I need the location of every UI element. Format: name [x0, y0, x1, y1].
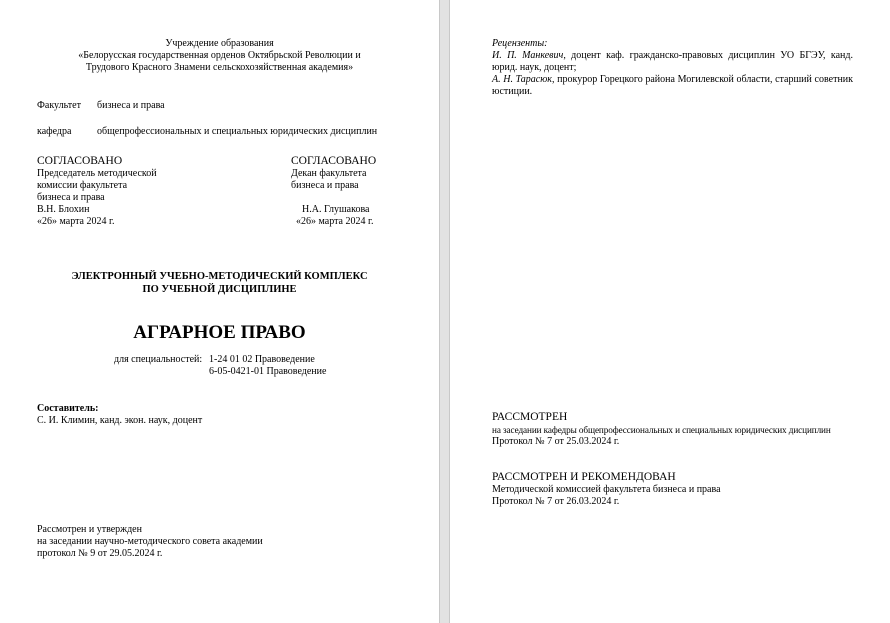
approval-right-line-1: Декан факультета — [291, 168, 366, 180]
reviewer-1-name: И. П. Манкевич — [492, 50, 563, 61]
recommended-line-2: Протокол № 7 от 26.03.2024 г. — [492, 496, 619, 508]
reviewer-2-name: А. Н. Тарасюк — [492, 74, 552, 85]
compiler-label: Составитель: — [37, 403, 98, 415]
faculty-value: бизнеса и права — [97, 100, 165, 112]
institution-line-1: Учреждение образования — [0, 38, 439, 50]
reviewer-2: А. Н. Тарасюк, прокурор Горецкого района… — [492, 74, 853, 98]
approval-right-heading: СОГЛАСОВАНО — [291, 155, 376, 167]
reviewer-1: И. П. Манкевич, доцент каф. гражданско-п… — [492, 50, 853, 74]
complex-title-line-2: ПО УЧЕБНОЙ ДИСЦИПЛИНЕ — [0, 284, 439, 296]
reviewed-heading: РАССМОТРЕН — [492, 411, 567, 423]
department-label: кафедра — [37, 126, 71, 138]
institution-line-2: «Белорусская государственная орденов Окт… — [0, 50, 439, 62]
document-page-left: Учреждение образования «Белорусская госу… — [0, 0, 439, 623]
reviewers-label: Рецензенты: — [492, 38, 547, 50]
approval-left-name: В.Н. Блохин — [37, 204, 89, 216]
approval-left-line-3: бизнеса и права — [37, 192, 105, 204]
approval-left-line-1: Председатель методической — [37, 168, 157, 180]
specialty-item-2: 6-05-0421-01 Правоведение — [209, 366, 326, 378]
recommended-line-1: Методической комиссией факультета бизнес… — [492, 484, 721, 496]
reviewed-line-2: Протокол № 7 от 25.03.2024 г. — [492, 436, 619, 448]
approval-right-date: «26» марта 2024 г. — [296, 216, 373, 228]
approved-line-3: протокол № 9 от 29.05.2024 г. — [37, 548, 162, 560]
approval-right-line-2: бизнеса и права — [291, 180, 359, 192]
specialties-label: для специальностей: — [114, 354, 202, 366]
institution-line-3: Трудового Красного Знамени сельскохозяйс… — [0, 62, 439, 74]
complex-title-line-1: ЭЛЕКТРОННЫЙ УЧЕБНО-МЕТОДИЧЕСКИЙ КОМПЛЕКС — [0, 271, 439, 283]
page-separator — [439, 0, 450, 623]
approved-line-2: на заседании научно-методического совета… — [37, 536, 263, 548]
specialty-item-1: 1-24 01 02 Правоведение — [209, 354, 315, 366]
faculty-label: Факультет — [37, 100, 81, 112]
approved-line-1: Рассмотрен и утвержден — [37, 524, 142, 536]
compiler-value: С. И. Климин, канд. экон. наук, доцент — [37, 415, 202, 427]
reviewed-line-1: на заседании кафедры общепрофессиональны… — [492, 424, 831, 436]
approval-left-date: «26» марта 2024 г. — [37, 216, 114, 228]
discipline-title: АГРАРНОЕ ПРАВО — [0, 322, 439, 344]
approval-left-line-2: комиссии факультета — [37, 180, 127, 192]
approval-right-name: Н.А. Глушакова — [302, 204, 369, 216]
recommended-heading: РАССМОТРЕН И РЕКОМЕНДОВАН — [492, 471, 676, 483]
document-page-right: Рецензенты: И. П. Манкевич, доцент каф. … — [450, 0, 890, 623]
department-value: общепрофессиональных и специальных юриди… — [97, 126, 377, 138]
approval-left-heading: СОГЛАСОВАНО — [37, 155, 122, 167]
